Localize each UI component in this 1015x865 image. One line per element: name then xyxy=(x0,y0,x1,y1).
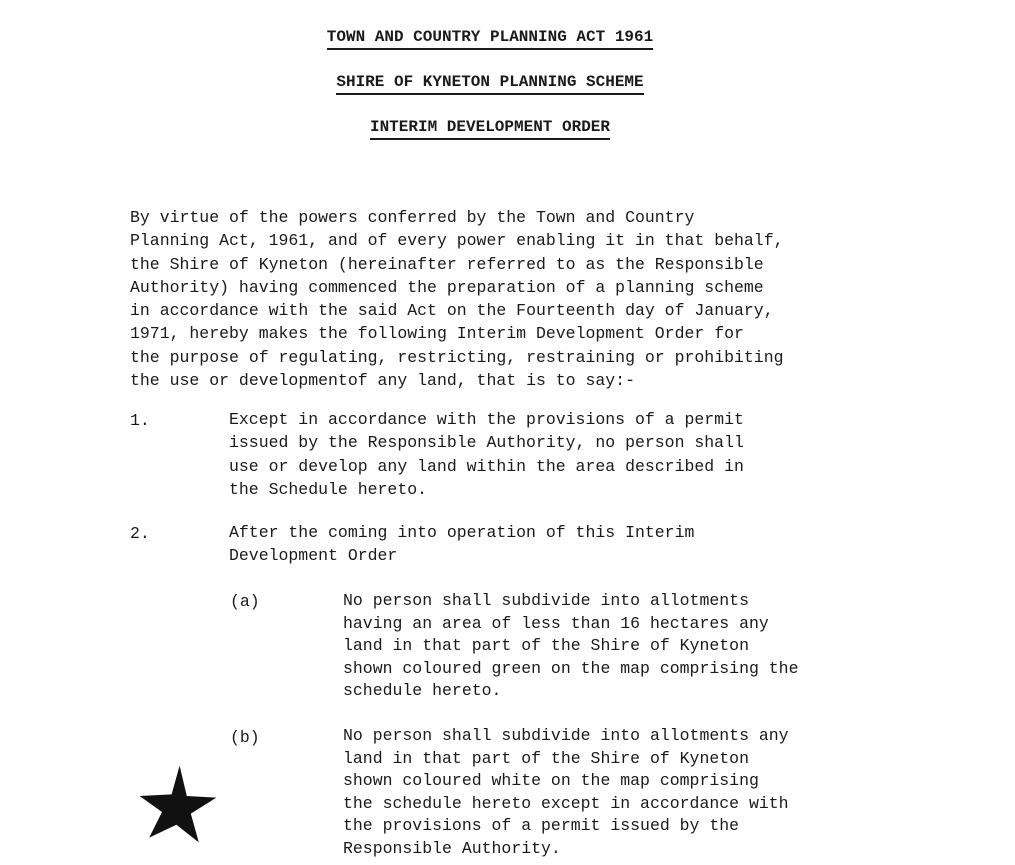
subclause-a-label: (a) xyxy=(230,592,260,611)
clause-2-number: 2. xyxy=(130,524,150,543)
clause-1-text: Except in accordance with the provisions… xyxy=(229,408,744,501)
act-title-heading: TOWN AND COUNTRY PLANNING ACT 1961 xyxy=(0,28,980,46)
subclause-b-text: No person shall subdivide into allotment… xyxy=(343,725,789,860)
order-title-heading: INTERIM DEVELOPMENT ORDER xyxy=(0,118,980,136)
scheme-title-heading: SHIRE OF KYNETON PLANNING SCHEME xyxy=(0,73,980,91)
act-title-text: TOWN AND COUNTRY PLANNING ACT 1961 xyxy=(327,28,653,50)
star-icon xyxy=(138,764,218,844)
clause-1-number: 1. xyxy=(130,411,150,430)
order-title-text: INTERIM DEVELOPMENT ORDER xyxy=(370,118,610,140)
scheme-title-text: SHIRE OF KYNETON PLANNING SCHEME xyxy=(336,73,643,95)
clause-2-text: After the coming into operation of this … xyxy=(229,521,694,568)
subclause-a-text: No person shall subdivide into allotment… xyxy=(343,590,798,703)
subclause-b-label: (b) xyxy=(230,728,260,747)
preamble-paragraph: By virtue of the powers conferred by the… xyxy=(130,206,890,392)
